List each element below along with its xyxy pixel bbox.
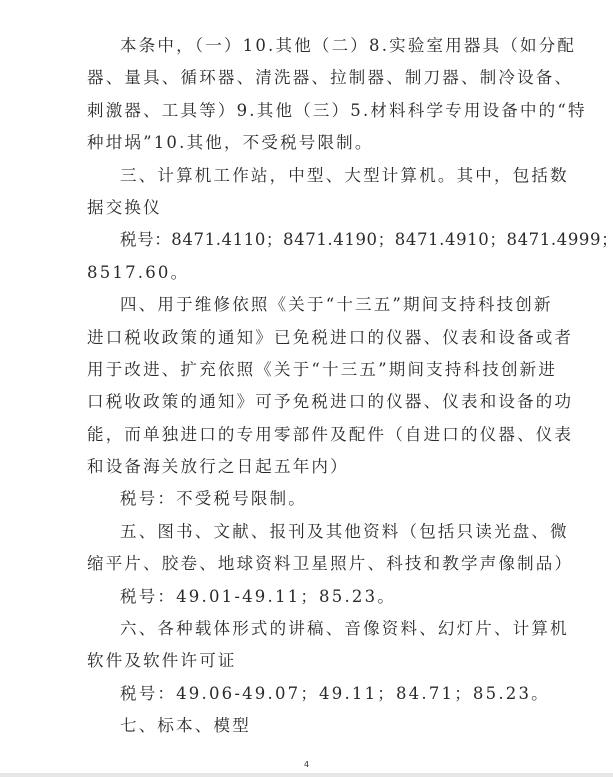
paragraph-line: 种坩埚”10.其他，不受税号限制。 <box>87 127 531 159</box>
section-heading-5: 五、图书、文献、报刊及其他资料（包括只读光盘、微 <box>87 516 531 548</box>
tariff-codes-line: 税号：不受税号限制。 <box>87 483 531 515</box>
paragraph-line: 用于改进、扩充依照《关于“十三五”期间支持科技创新进 <box>87 354 531 386</box>
paragraph-line: 器、量具、循环器、清洗器、拉制器、制刀器、制冷设备、 <box>87 62 531 94</box>
document-page: 本条中，（一）10.其他（二）8.实验室用器具（如分配 器、量具、循环器、清洗器… <box>0 0 613 773</box>
paragraph-line: 本条中，（一）10.其他（二）8.实验室用器具（如分配 <box>87 30 531 62</box>
paragraph-line: 口税收政策的通知》可予免税进口的仪器、仪表和设备的功 <box>87 386 531 418</box>
paragraph-line: 能，而单独进口的专用零部件及配件（自进口的仪器、仪表 <box>87 419 531 451</box>
tariff-codes-line: 税号：49.06-49.07；49.11；84.71；85.23。 <box>87 678 531 710</box>
paragraph-line: 软件及软件许可证 <box>87 645 531 677</box>
paragraph-line: 和设备海关放行之日起五年内） <box>87 451 531 483</box>
page-number: 4 <box>0 760 613 770</box>
paragraph-line: 刺激器、工具等）9.其他（三）5.材料科学专用设备中的“特 <box>87 95 531 127</box>
paragraph-line: 据交换仪 <box>87 192 531 224</box>
section-heading-4: 四、用于维修依照《关于“十三五”期间支持科技创新 <box>87 289 531 321</box>
tariff-codes-line: 税号：49.01-49.11；85.23。 <box>87 581 531 613</box>
paragraph-line: 缩平片、胶卷、地球资料卫星照片、科技和教学声像制品） <box>87 548 531 580</box>
paragraph-line: 进口税收政策的通知》已免税进口的仪器、仪表和设备或者 <box>87 322 531 354</box>
section-heading-6: 六、各种载体形式的讲稿、音像资料、幻灯片、计算机 <box>87 613 531 645</box>
section-heading-3: 三、计算机工作站，中型、大型计算机。其中，包括数 <box>87 160 531 192</box>
tariff-codes-line: 税号：8471.4110；8471.4190；8471.4910；8471.49… <box>87 224 531 256</box>
page-bottom-edge <box>0 773 613 777</box>
section-heading-7: 七、标本、模型 <box>87 710 531 742</box>
document-body: 本条中，（一）10.其他（二）8.实验室用器具（如分配 器、量具、循环器、清洗器… <box>87 30 531 743</box>
paragraph-line: 8517.60。 <box>87 257 531 289</box>
